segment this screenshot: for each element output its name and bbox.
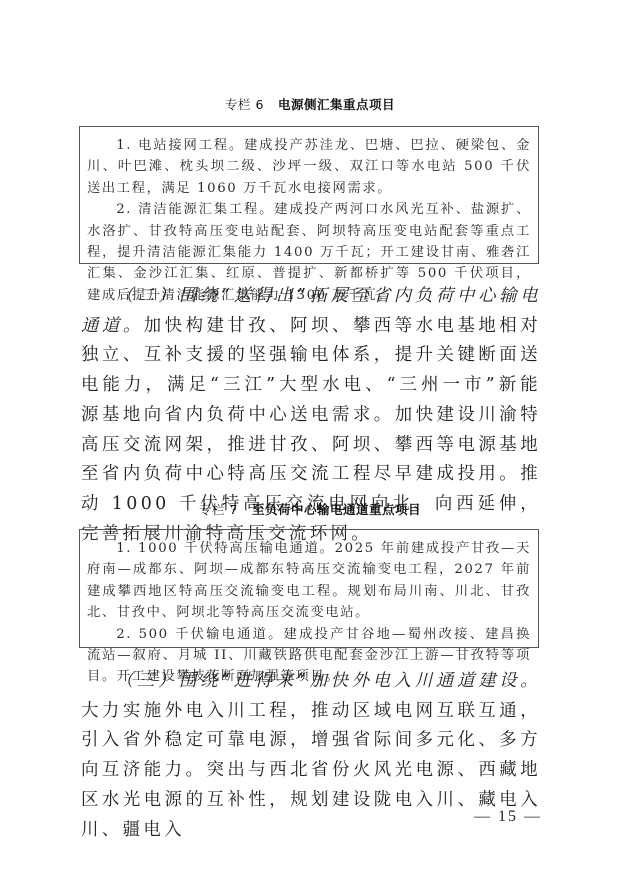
box6-title-number: 专栏 6 [225, 97, 264, 112]
section3-body: 大力实施外电入川工程，推动区域电网互联互通，引入省外稳定可靠电源，增强省际间多元… [81, 701, 541, 840]
box7-panel: 1. 1000 千伏特高压输电通道。2025 年前建成投产甘孜—天府南—成都东、… [79, 529, 539, 648]
box6-title-text: 电源侧汇集重点项目 [278, 97, 395, 112]
page-number: — 15 — [474, 808, 542, 826]
box6-panel: 1. 电站接网工程。建成投产苏洼龙、巴塘、巴拉、硬梁包、金川、叶巴滩、枕头坝二级… [79, 126, 539, 264]
box6-title: 专栏 6电源侧汇集重点项目 [0, 95, 620, 113]
box7-item-1: 1. 1000 千伏特高压输电通道。2025 年前建成投产甘孜—天府南—成都东、… [87, 538, 531, 624]
box7-title-text: 至负荷中心输电通道重点项目 [252, 502, 421, 517]
section3-paragraph: （三）围绕“进得来”加快外电入川通道建设。大力实施外电入川工程，推动区域电网互联… [81, 667, 541, 845]
box7-title: 专栏 7至负荷中心输电通道重点项目 [0, 500, 620, 518]
box7-title-number: 专栏 7 [199, 502, 238, 517]
section3-lead: （三）围绕“进得来”加快外电入川通道建设。 [116, 671, 541, 691]
box6-item-1: 1. 电站接网工程。建成投产苏洼龙、巴塘、巴拉、硬梁包、金川、叶巴滩、枕头坝二级… [87, 135, 531, 199]
